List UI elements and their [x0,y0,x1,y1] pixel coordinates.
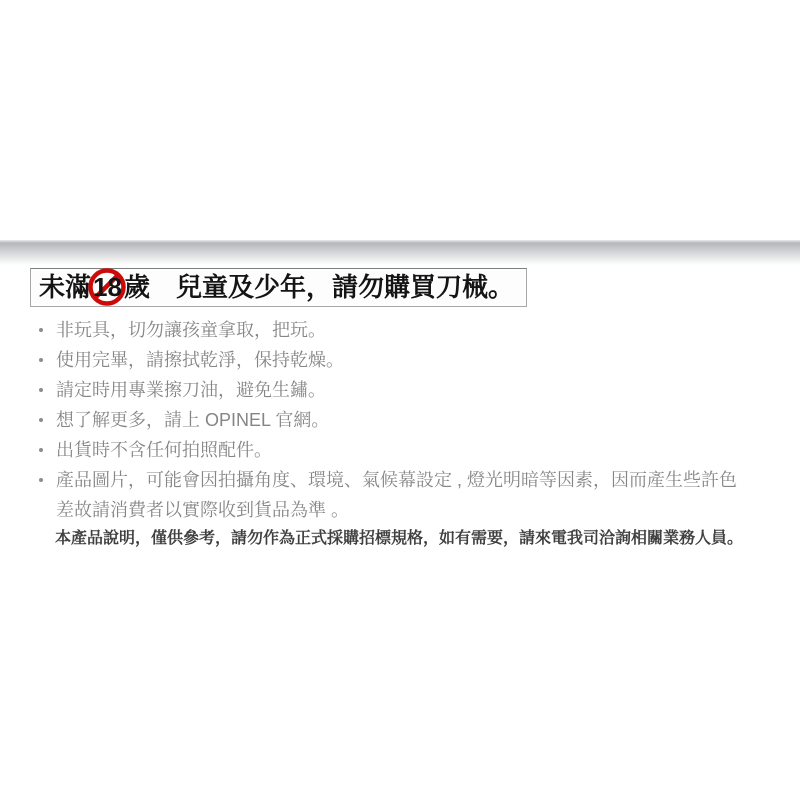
bullet-dot-icon [39,328,43,332]
disclaimer-note: 本產品說明，僅供參考，請勿作為正式採購招標規格，如有需要，請來電我司洽詢相關業務… [55,528,770,550]
list-item: 想了解更多，請上 OPINEL 官網。 [30,405,750,435]
product-description-page: 未滿18歲 兒童及少年，請勿購買刀械。 非玩具，切勿讓孩童拿取，把玩。 使用完畢… [0,0,800,800]
bullet-dot-icon [39,418,43,422]
list-item: 非玩具，切勿讓孩童拿取，把玩。 [30,315,750,345]
warning-text-suffix: 歲 兒童及少年，請勿購買刀械。 [124,272,514,302]
list-item: 產品圖片，可能會因拍攝角度、環境、氣候幕設定 , 燈光明暗等因素，因而產生些許色… [30,465,750,525]
section-divider-gradient [0,240,800,265]
bullet-dot-icon [39,478,43,482]
bullet-text: 非玩具，切勿讓孩童拿取，把玩。 [56,315,326,345]
bullet-dot-icon [39,448,43,452]
bullet-dot-icon [39,388,43,392]
age-number: 18 [93,272,122,302]
safety-notice-section: 未滿18歲 兒童及少年，請勿購買刀械。 非玩具，切勿讓孩童拿取，把玩。 使用完畢… [0,265,800,550]
bullet-text: 想了解更多，請上 OPINEL 官網。 [56,405,329,435]
blank-area-top [0,0,800,240]
bullet-text: 使用完畢，請擦拭乾淨，保持乾燥。 [56,345,344,375]
age-warning-banner: 未滿18歲 兒童及少年，請勿購買刀械。 [30,268,527,307]
list-item: 使用完畢，請擦拭乾淨，保持乾燥。 [30,345,750,375]
bullet-text: 產品圖片，可能會因拍攝角度、環境、氣候幕設定 , 燈光明暗等因素，因而產生些許色… [56,465,748,525]
warning-text-prefix: 未滿 [39,272,91,302]
list-item: 請定時用專業擦刀油，避免生鏽。 [30,375,750,405]
bullet-text: 出貨時不含任何拍照配件。 [56,435,272,465]
safety-bullet-list: 非玩具，切勿讓孩童拿取，把玩。 使用完畢，請擦拭乾淨，保持乾燥。 請定時用專業擦… [30,315,750,525]
age-restriction-mark: 18 [91,272,124,302]
bullet-text: 請定時用專業擦刀油，避免生鏽。 [56,375,326,405]
bullet-dot-icon [39,358,43,362]
list-item: 出貨時不含任何拍照配件。 [30,435,750,465]
